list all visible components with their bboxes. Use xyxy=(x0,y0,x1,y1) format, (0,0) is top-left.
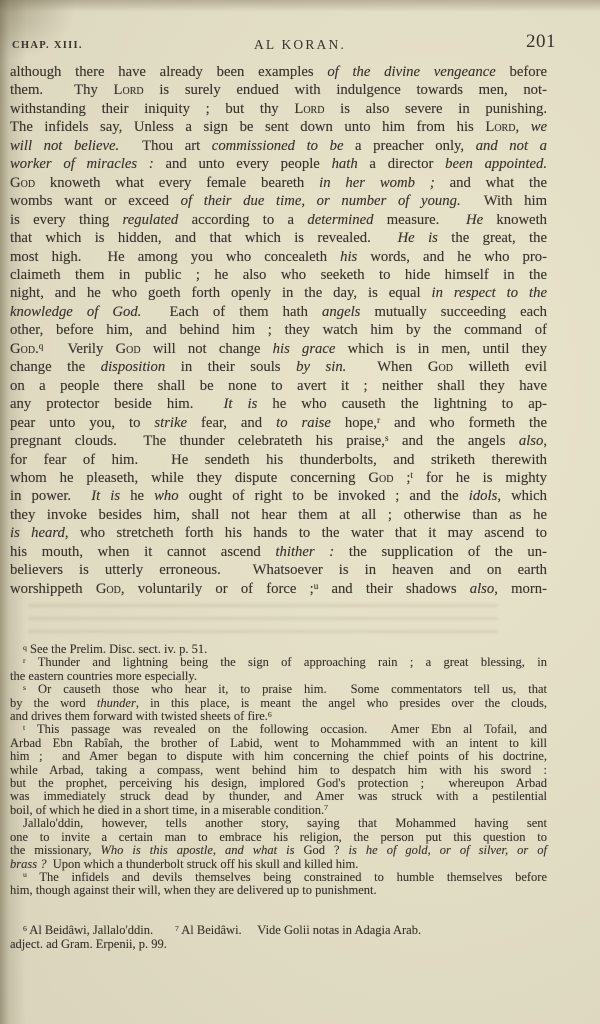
text-line: is every thing regulated according to a … xyxy=(10,211,547,229)
text-line: whom he pleaseth, while they dispute con… xyxy=(10,469,547,487)
text-line: and drives them forward with twisted she… xyxy=(10,710,547,723)
text-line: r Thunder and lightning being the sign o… xyxy=(10,656,547,669)
text-line: will not believe. Thou art commissioned … xyxy=(10,137,547,155)
text-line: 6 Al Beidâwi, Jallalo'ddin. 7 Al Beidâwi… xyxy=(10,924,547,938)
text-line: change the disposition in their souls by… xyxy=(10,358,547,376)
text-line: Jallalo'ddin, however, tells another sto… xyxy=(10,817,547,830)
show-through-texture xyxy=(28,604,498,638)
text-line: although there have already been example… xyxy=(10,63,547,81)
text-line: pear unto you, to strike fear, and to ra… xyxy=(10,414,547,432)
text-line: on a people there shall be none to avert… xyxy=(10,377,547,395)
text-line: u The infidels and devils themselves bei… xyxy=(10,871,547,884)
text-line: any protector beside him. It is he who c… xyxy=(10,395,547,413)
running-title: AL KORAN. xyxy=(0,37,600,53)
page-top-edge-shadow xyxy=(0,0,600,12)
text-line: while Arbad, taking a compass, went behi… xyxy=(10,764,547,777)
text-line: withstanding their iniquity ; but thy Lo… xyxy=(10,100,547,118)
text-line: claimeth them in public ; he also who se… xyxy=(10,266,547,284)
text-line: night, and he who goeth forth openly in … xyxy=(10,284,547,302)
text-line: is heard, who stretcheth forth his hands… xyxy=(10,524,547,542)
text-line: the eastern countries more especially. xyxy=(10,670,547,683)
text-line: for fear of him. He sendeth his thunderb… xyxy=(10,451,547,469)
text-line: worker of miracles : and unto every peop… xyxy=(10,155,547,173)
text-line: Arbad Ebn Rabîah, the brother of Labid, … xyxy=(10,737,547,750)
text-line: them. Thy Lord is surely endued with ind… xyxy=(10,81,547,99)
bottom-references: 6 Al Beidâwi, Jallalo'ddin. 7 Al Beidâwi… xyxy=(10,924,547,951)
text-line: God.q Verily God will not change his gra… xyxy=(10,340,547,358)
text-line: him, though against their will, when the… xyxy=(10,884,547,897)
text-line: pregnant clouds. The thunder celebrateth… xyxy=(10,432,547,450)
text-line: they invoke besides him, shall not hear … xyxy=(10,506,547,524)
page-number: 201 xyxy=(526,31,556,53)
text-line: was immediately struck dead by thunder, … xyxy=(10,790,547,803)
text-line: that which is hidden, and that which is … xyxy=(10,229,547,247)
text-line: brass ? Upon which a thunderbolt struck … xyxy=(10,858,547,871)
text-line: his mouth, when it cannot ascend thither… xyxy=(10,543,547,561)
text-line: q See the Prelim. Disc. sect. iv. p. 51. xyxy=(10,643,547,656)
text-line: other, before him, and behind him ; they… xyxy=(10,321,547,339)
text-line: adject. ad Gram. Erpenii, p. 99. xyxy=(10,938,547,952)
text-line: in power. It is he who ought of right to… xyxy=(10,487,547,505)
text-line: t This passage was revealed on the follo… xyxy=(10,723,547,736)
text-line: the missionary, Who is this apostle, and… xyxy=(10,844,547,857)
text-line: knowledge of God. Each of them hath ange… xyxy=(10,303,547,321)
text-line: him ; and Amer began to dispute with him… xyxy=(10,750,547,763)
text-line: by the word thunder, in this place, is m… xyxy=(10,697,547,710)
text-line: most high. He among you who concealeth h… xyxy=(10,248,547,266)
footnotes: q See the Prelim. Disc. sect. iv. p. 51.… xyxy=(10,643,547,898)
text-line: The infidels say, Unless a sign be sent … xyxy=(10,118,547,136)
book-page-scan: CHAP. XIII. AL KORAN. 201 although there… xyxy=(0,0,600,1024)
text-line: God knoweth what every female beareth in… xyxy=(10,174,547,192)
text-line: believers is utterly erroneous. Whatsoev… xyxy=(10,561,547,579)
text-line: s Or causeth those who hear it, to prais… xyxy=(10,683,547,696)
text-line: worshippeth God, voluntarily or of force… xyxy=(10,580,547,598)
text-line: one to invite a certain man to embrace h… xyxy=(10,831,547,844)
text-line: wombs want or exceed of their due time, … xyxy=(10,192,547,210)
text-line: but the prophet, perceiving his design, … xyxy=(10,777,547,790)
text-line: boil, of which he died in a short time, … xyxy=(10,804,547,817)
body-text: although there have already been example… xyxy=(10,63,547,598)
